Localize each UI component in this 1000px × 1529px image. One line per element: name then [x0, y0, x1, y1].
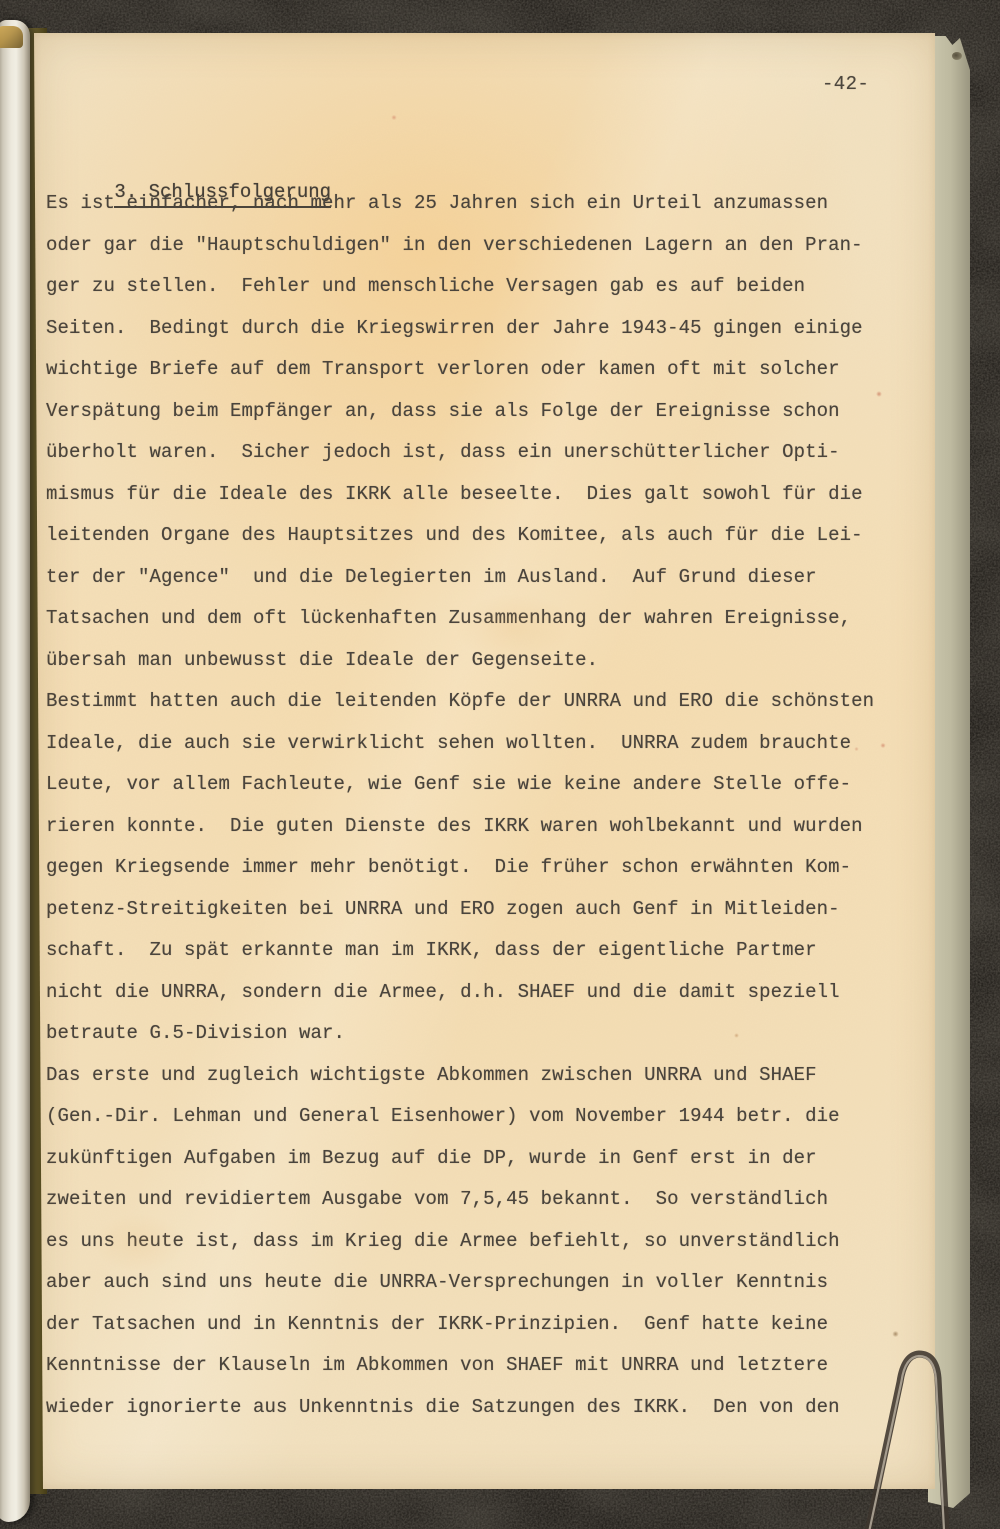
- text-line: gegen Kriegsende immer mehr benötigt. Di…: [46, 856, 906, 898]
- text-line: mismus für die Ideale des IKRK alle bese…: [46, 483, 906, 525]
- text-line: ger zu stellen. Fehler und menschliche V…: [46, 275, 906, 317]
- text-line: überholt waren. Sicher jedoch ist, dass …: [46, 441, 906, 483]
- text-line: Verspätung beim Empfänger an, dass sie a…: [46, 400, 906, 442]
- text-line: (Gen.-Dir. Lehman und General Eisenhower…: [46, 1105, 906, 1147]
- text-line: Seiten. Bedingt durch die Kriegswirren d…: [46, 317, 906, 359]
- text-line: zukünftigen Aufgaben im Bezug auf die DP…: [46, 1147, 906, 1189]
- text-line: ter der "Agence" und die Delegierten im …: [46, 566, 906, 608]
- scanned-document-scene: -42- 3. Schlussfolgerung Es ist einfache…: [0, 0, 1000, 1529]
- text-line: aber auch sind uns heute die UNRRA-Versp…: [46, 1271, 906, 1313]
- document-page: -42- 3. Schlussfolgerung Es ist einfache…: [34, 33, 935, 1489]
- text-line: wieder ignorierte aus Unkenntnis die Sat…: [46, 1396, 906, 1438]
- text-line: schaft. Zu spät erkannte man im IKRK, da…: [46, 939, 906, 981]
- text-line: Kenntnisse der Klauseln im Abkommen von …: [46, 1354, 906, 1396]
- under-sheet-damage-mark: [952, 52, 962, 60]
- text-line: der Tatsachen und in Kenntnis der IKRK-P…: [46, 1313, 906, 1355]
- text-line: oder gar die "Hauptschuldigen" in den ve…: [46, 234, 906, 276]
- text-line: rieren konnte. Die guten Dienste des IKR…: [46, 815, 906, 857]
- text-line: Das erste und zugleich wichtigste Abkomm…: [46, 1064, 906, 1106]
- text-line: wichtige Briefe auf dem Transport verlor…: [46, 358, 906, 400]
- body-text: Es ist einfacher, nach mehr als 25 Jahre…: [46, 192, 906, 1437]
- text-line: Bestimmt hatten auch die leitenden Köpfe…: [46, 690, 906, 732]
- text-line: Tatsachen und dem oft lückenhaften Zusam…: [46, 607, 906, 649]
- text-line: nicht die UNRRA, sondern die Armee, d.h.…: [46, 981, 906, 1023]
- text-line: leitenden Organe des Hauptsitzes und des…: [46, 524, 906, 566]
- text-line: betraute G.5-Division war.: [46, 1022, 906, 1064]
- text-line: Leute, vor allem Fachleute, wie Genf sie…: [46, 773, 906, 815]
- text-line: übersah man unbewusst die Ideale der Geg…: [46, 649, 906, 691]
- text-line: zweiten und revidiertem Ausgabe vom 7,5,…: [46, 1188, 906, 1230]
- foxing-spot: [391, 115, 397, 120]
- left-page-curl: [0, 20, 30, 1522]
- text-line: petenz-Streitigkeiten bei UNRRA und ERO …: [46, 898, 906, 940]
- paperclip: [840, 1330, 1000, 1529]
- text-line: Ideale, die auch sie verwirklicht sehen …: [46, 732, 906, 774]
- page-number: -42-: [822, 73, 869, 95]
- text-line: es uns heute ist, dass im Krieg die Arme…: [46, 1230, 906, 1272]
- page-curl-highlight: [0, 26, 23, 48]
- text-line: Es ist einfacher, nach mehr als 25 Jahre…: [46, 192, 906, 234]
